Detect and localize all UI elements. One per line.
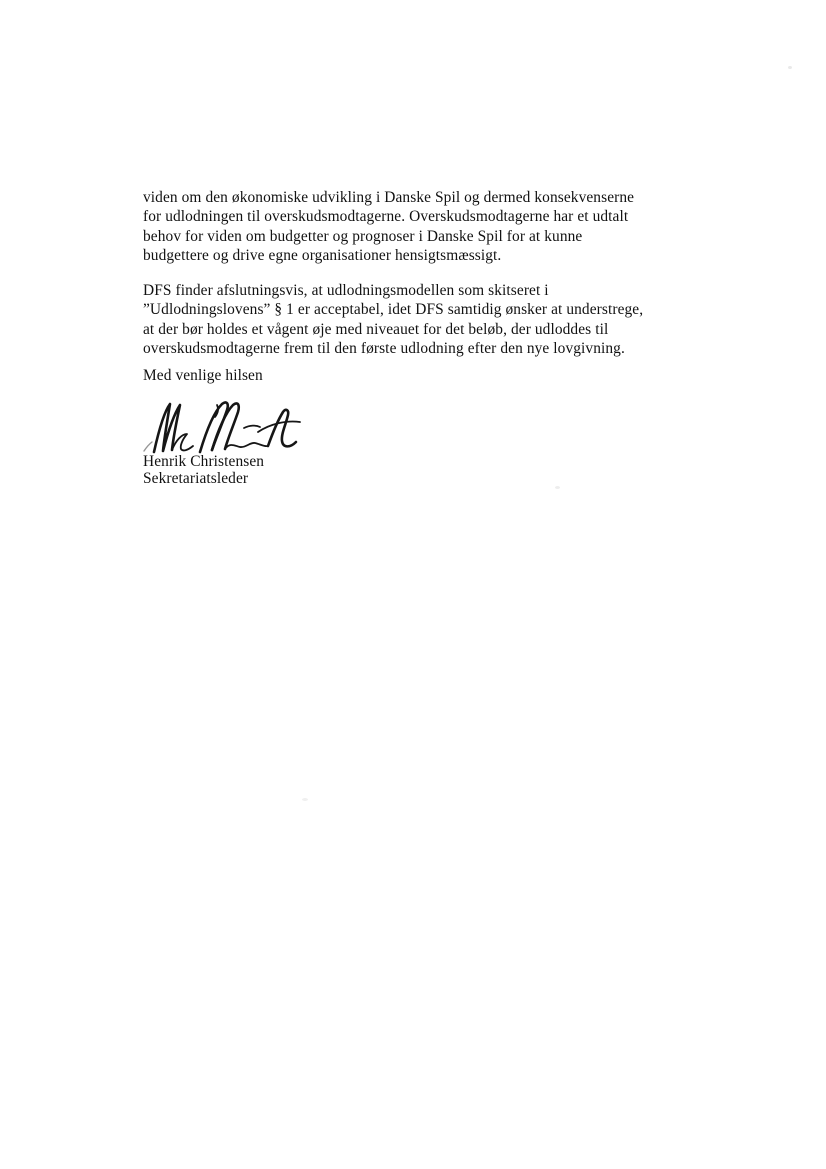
closing-salutation: Med venlige hilsen [143, 366, 703, 385]
handwritten-signature-icon [140, 396, 310, 458]
scan-speck [788, 66, 792, 69]
signatory-name: Henrik Christensen [143, 453, 703, 470]
scan-speck [302, 798, 308, 801]
body-paragraph-1: viden om den økonomiske udvikling i Dans… [143, 188, 703, 265]
scanned-letter-page: viden om den økonomiske udvikling i Dans… [0, 0, 826, 1169]
signatory-title: Sekretariatsleder [143, 470, 703, 487]
scan-speck [555, 486, 560, 489]
body-paragraph-2: DFS finder afslutningsvis, at udlodnings… [143, 281, 703, 358]
